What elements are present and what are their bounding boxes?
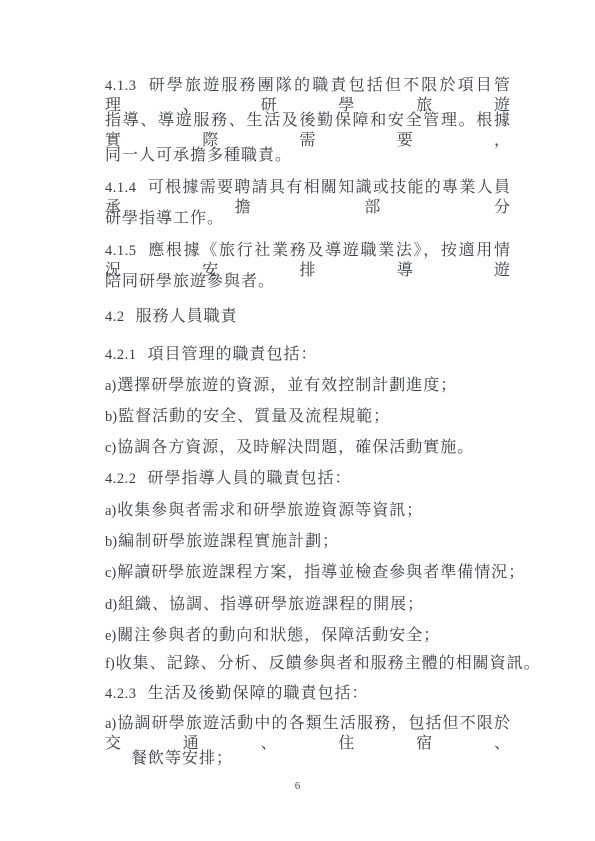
line-text: 研學旅遊服務團隊的職責包括但不限於項目管理、研學旅遊 — [105, 77, 511, 114]
list-item-421-a: a)選擇研學旅遊的資源，並有效控制計劃進度； — [105, 376, 511, 396]
section-42-heading: 4.2服務人員職責 — [105, 307, 511, 327]
list-item-421-b: b)監督活動的安全、質量及流程規範； — [105, 407, 511, 427]
clause-423-heading: 4.2.3生活及後勤保障的職責包括： — [105, 684, 511, 704]
page-number: 6 — [0, 780, 595, 792]
line-text: 研學指導工作。 — [105, 210, 224, 227]
line-text: 解讀研學旅遊課程方案，指導並檢查參與者準備情況； — [117, 564, 525, 581]
clause-415-line-2: 陪同研學旅遊參與者。 — [105, 272, 511, 292]
line-text: 收集參與者需求和研學旅遊資源等資訊； — [117, 502, 423, 519]
list-item-421-c: c)協調各方資源，及時解決問題，確保活動實施。 — [105, 438, 511, 458]
list-marker: f) — [105, 656, 115, 672]
heading-text: 生活及後勤保障的職責包括： — [148, 685, 369, 702]
clause-413-line-2: 指導、導遊服務、生活及後勤保障和安全管理。根據實際需要， — [105, 111, 511, 151]
line-text: 收集、記錄、分析、反饋參與者和服務主體的相關資訊。 — [116, 655, 541, 672]
clause-number: 4.2.1 — [105, 347, 137, 363]
line-text: 組織、協調、指導研學旅遊課程的開展； — [118, 596, 424, 613]
line-text: 陪同研學旅遊參與者。 — [105, 273, 275, 290]
list-item-423-a-line-1: a)協調研學旅遊活動中的各類生活服務，包括但不限於交通、住宿、 — [105, 714, 511, 754]
list-marker: c) — [105, 440, 116, 456]
clause-422-heading: 4.2.2研學指導人員的職責包括： — [105, 469, 511, 489]
list-item-422-a: a)收集參與者需求和研學旅遊資源等資訊； — [105, 501, 511, 521]
list-marker: a) — [105, 716, 116, 732]
list-item-422-e: e)關注參與者的動向和狀態，保障活動安全； — [105, 626, 511, 646]
heading-text: 研學指導人員的職責包括： — [148, 470, 352, 487]
heading-text: 項目管理的職責包括： — [148, 346, 318, 363]
line-text: 監督活動的安全、質量及流程規範； — [118, 408, 390, 425]
list-marker: b) — [105, 409, 117, 425]
line-text: 指導、導遊服務、生活及後勤保障和安全管理。根據實際需要， — [105, 112, 511, 149]
clause-number: 4.2.3 — [105, 686, 137, 702]
list-marker: a) — [105, 503, 116, 519]
section-number: 4.2 — [105, 309, 125, 325]
line-text: 選擇研學旅遊的資源，並有效控制計劃進度； — [117, 377, 457, 394]
list-item-423-a-line-2: 餐飲等安排； — [131, 749, 537, 769]
clause-number: 4.1.3 — [105, 78, 137, 94]
clause-number: 4.2.2 — [105, 471, 137, 487]
clause-414-line-2: 研學指導工作。 — [105, 209, 511, 229]
clause-413-line-3: 同一人可承擔多種職責。 — [105, 146, 511, 166]
list-marker: e) — [105, 628, 116, 644]
line-text: 編制研學旅遊課程實施計劃； — [118, 533, 339, 550]
line-text: 關注參與者的動向和狀態，保障活動安全； — [117, 627, 440, 644]
line-text: 協調各方資源，及時解決問題，確保活動實施。 — [117, 439, 474, 456]
document-page: 4.1.3研學旅遊服務團隊的職責包括但不限於項目管理、研學旅遊 指導、導遊服務、… — [0, 0, 595, 841]
list-item-422-f: f)收集、記錄、分析、反饋參與者和服務主體的相關資訊。 — [105, 654, 511, 674]
heading-text: 服務人員職責 — [136, 308, 238, 325]
clause-number: 4.1.4 — [105, 180, 137, 196]
list-marker: b) — [105, 534, 117, 550]
list-marker: c) — [105, 565, 116, 581]
line-text: 協調研學旅遊活動中的各類生活服務，包括但不限於交通、住宿、 — [105, 715, 511, 752]
clause-421-heading: 4.2.1項目管理的職責包括： — [105, 345, 511, 365]
clause-number: 4.1.5 — [105, 243, 137, 259]
list-marker: a) — [105, 378, 116, 394]
line-text: 餐飲等安排； — [131, 750, 233, 767]
list-item-422-d: d)組織、協調、指導研學旅遊課程的開展； — [105, 595, 511, 615]
list-item-422-c: c)解讀研學旅遊課程方案，指導並檢查參與者準備情況； — [105, 563, 511, 583]
list-item-422-b: b)編制研學旅遊課程實施計劃； — [105, 532, 511, 552]
line-text: 同一人可承擔多種職責。 — [105, 147, 292, 164]
clause-413-line-1: 4.1.3研學旅遊服務團隊的職責包括但不限於項目管理、研學旅遊 — [105, 76, 511, 116]
list-marker: d) — [105, 597, 117, 613]
